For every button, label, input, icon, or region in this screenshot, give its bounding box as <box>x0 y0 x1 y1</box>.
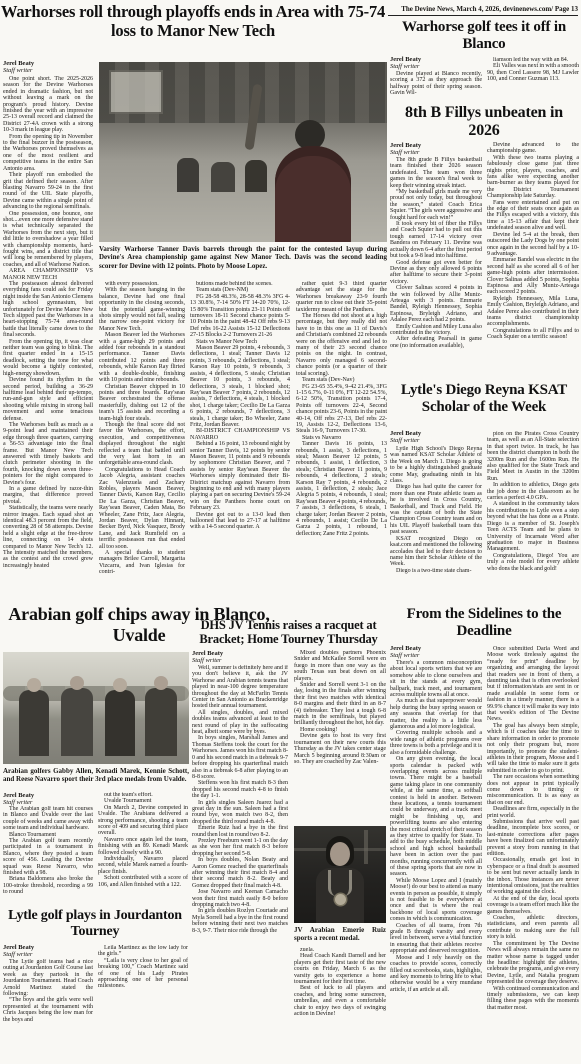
byline-role: Staff writer <box>3 951 93 958</box>
golfer-figure <box>105 690 135 756</box>
golfer-figure <box>61 688 93 756</box>
medal-ribbon <box>328 870 352 896</box>
warhorses-col4: rather quiet 9-3 third quarter advantage… <box>296 281 387 611</box>
arabian-golf-caption: Arabian golfers Gabby Allen, Kenadi Mare… <box>3 767 189 789</box>
fillys-byline: Jerel Beaty Staff writer <box>390 142 480 157</box>
golfer-head <box>113 678 127 692</box>
fillys-headline: 8th B Fillys unbeaten in 2026 <box>388 104 580 141</box>
arabian-golf-byline: Jerel Beaty Staff writer <box>3 792 93 807</box>
golfer-head <box>27 678 41 692</box>
byline-author: Jerel Beaty <box>3 944 93 951</box>
blanco-golf-col1: Devine played at Blanco recently, scorin… <box>390 71 482 103</box>
byline-author: Jerel Beaty <box>192 650 282 657</box>
blanco-golf-headline: Warhorse golf tees it off in Blanco <box>388 19 580 54</box>
sidelines-col1: There's a common misconception about loc… <box>390 660 482 1061</box>
golfer-figure <box>19 690 49 756</box>
player-face <box>330 842 350 866</box>
blanco-golf-byline: Jerel Beaty Staff writer <box>390 56 480 71</box>
byline-role: Staff writer <box>390 437 480 444</box>
arabian-golf-col2: out the team's effort.Uvalde TournamentO… <box>98 792 188 904</box>
warhorses-col2: with every possession.With the season ha… <box>99 281 185 603</box>
sidelines-col2: Once submitted Darla Word and Moose work… <box>487 646 579 1061</box>
masthead: The Devine News, March 4, 2026, devinene… <box>388 5 578 16</box>
player-jersey <box>275 146 351 242</box>
tennis-col2-top: Mixed doubles partners Phoenix Snider an… <box>294 650 386 824</box>
golfer-head <box>154 676 168 690</box>
diego-headline: Lytle's Diego Reyna KSAT Scholar of the … <box>388 382 580 417</box>
bench-player <box>177 158 199 192</box>
byline-author: Jerel Beaty <box>390 645 480 652</box>
byline-author: Jerel Beaty <box>390 142 480 149</box>
byline-role: Staff writer <box>390 149 480 156</box>
lytle-golf-byline: Jerel Beaty Staff writer <box>3 944 93 959</box>
byline-role: Staff writer <box>3 67 91 74</box>
tennis-byline: Jerel Beaty Staff writer <box>192 650 282 665</box>
golfer-figure <box>145 688 177 756</box>
golfer-head <box>70 676 84 690</box>
bench-player <box>211 162 235 192</box>
newspaper-page: The Devine News, March 4, 2026, devinene… <box>0 0 581 1064</box>
warhorses-col1: One point short. The 2025-2026 season fo… <box>3 76 93 602</box>
tennis-col1: Well, summer is definitely here and if y… <box>192 665 288 1061</box>
tennis-col2-bottom: zuela.Head Coach Kandi Darnell and her p… <box>294 947 386 1061</box>
diego-col1: Lytle High School's Diego Reyna was name… <box>390 446 482 602</box>
arabian-golf-col1: The Arabian golf team hit courses in Bla… <box>3 806 93 904</box>
tennis-player-photo <box>294 826 386 923</box>
lytle-golf-col2: Leila Martinez as the low lady for the g… <box>98 945 188 1061</box>
byline-author: Jerel Beaty <box>3 792 93 799</box>
blanco-golf-col2: liamson led the way with an 84.Eli Valle… <box>487 57 579 103</box>
warhorses-col3: butions made behind the scenes.Team stat… <box>190 281 290 611</box>
sidelines-headline: From the Sidelines to the Deadline <box>388 606 580 641</box>
fillys-col2: Devine advanced to the championship game… <box>487 142 579 379</box>
sidelines-byline: Jerel Beaty Staff writer <box>390 645 480 660</box>
warhorses-headline: Warhorses roll through playoffs ends in … <box>0 3 386 41</box>
byline-role: Staff writer <box>390 652 480 659</box>
light-pole <box>364 830 368 864</box>
bench-player <box>245 160 267 192</box>
byline-author: Jerel Beaty <box>390 56 480 63</box>
basketball-photo-caption: Varsity Warhorse Tanner Davis barrels th… <box>99 245 387 277</box>
basketball-photo <box>99 62 387 242</box>
gym-window <box>109 70 163 114</box>
warhorses-byline: Jerel Beaty Staff writer <box>3 60 91 75</box>
arabian-golf-photo <box>3 652 189 764</box>
fillys-col1: The 8th grade B Fillys basketball team f… <box>390 157 482 379</box>
lytle-golf-headline: Lytle golf plays in Jourdanton Tourney <box>0 908 190 940</box>
diego-col2: pion on the Pirates Cross Country team, … <box>487 431 579 602</box>
tennis-photo-caption: JV Arabian Emerie Ruiz sports a recent m… <box>294 926 386 944</box>
byline-author: Jerel Beaty <box>3 60 91 67</box>
tennis-headline: DHS JV Tennis raises a racquet at Bracke… <box>190 618 387 647</box>
medal <box>335 894 346 905</box>
byline-role: Staff writer <box>192 657 282 664</box>
byline-author: Jerel Beaty <box>390 430 480 437</box>
diego-byline: Jerel Beaty Staff writer <box>390 430 480 445</box>
byline-role: Staff writer <box>390 63 480 70</box>
lytle-golf-col1: The Lytle golf teams had a nice outing a… <box>3 959 93 1061</box>
